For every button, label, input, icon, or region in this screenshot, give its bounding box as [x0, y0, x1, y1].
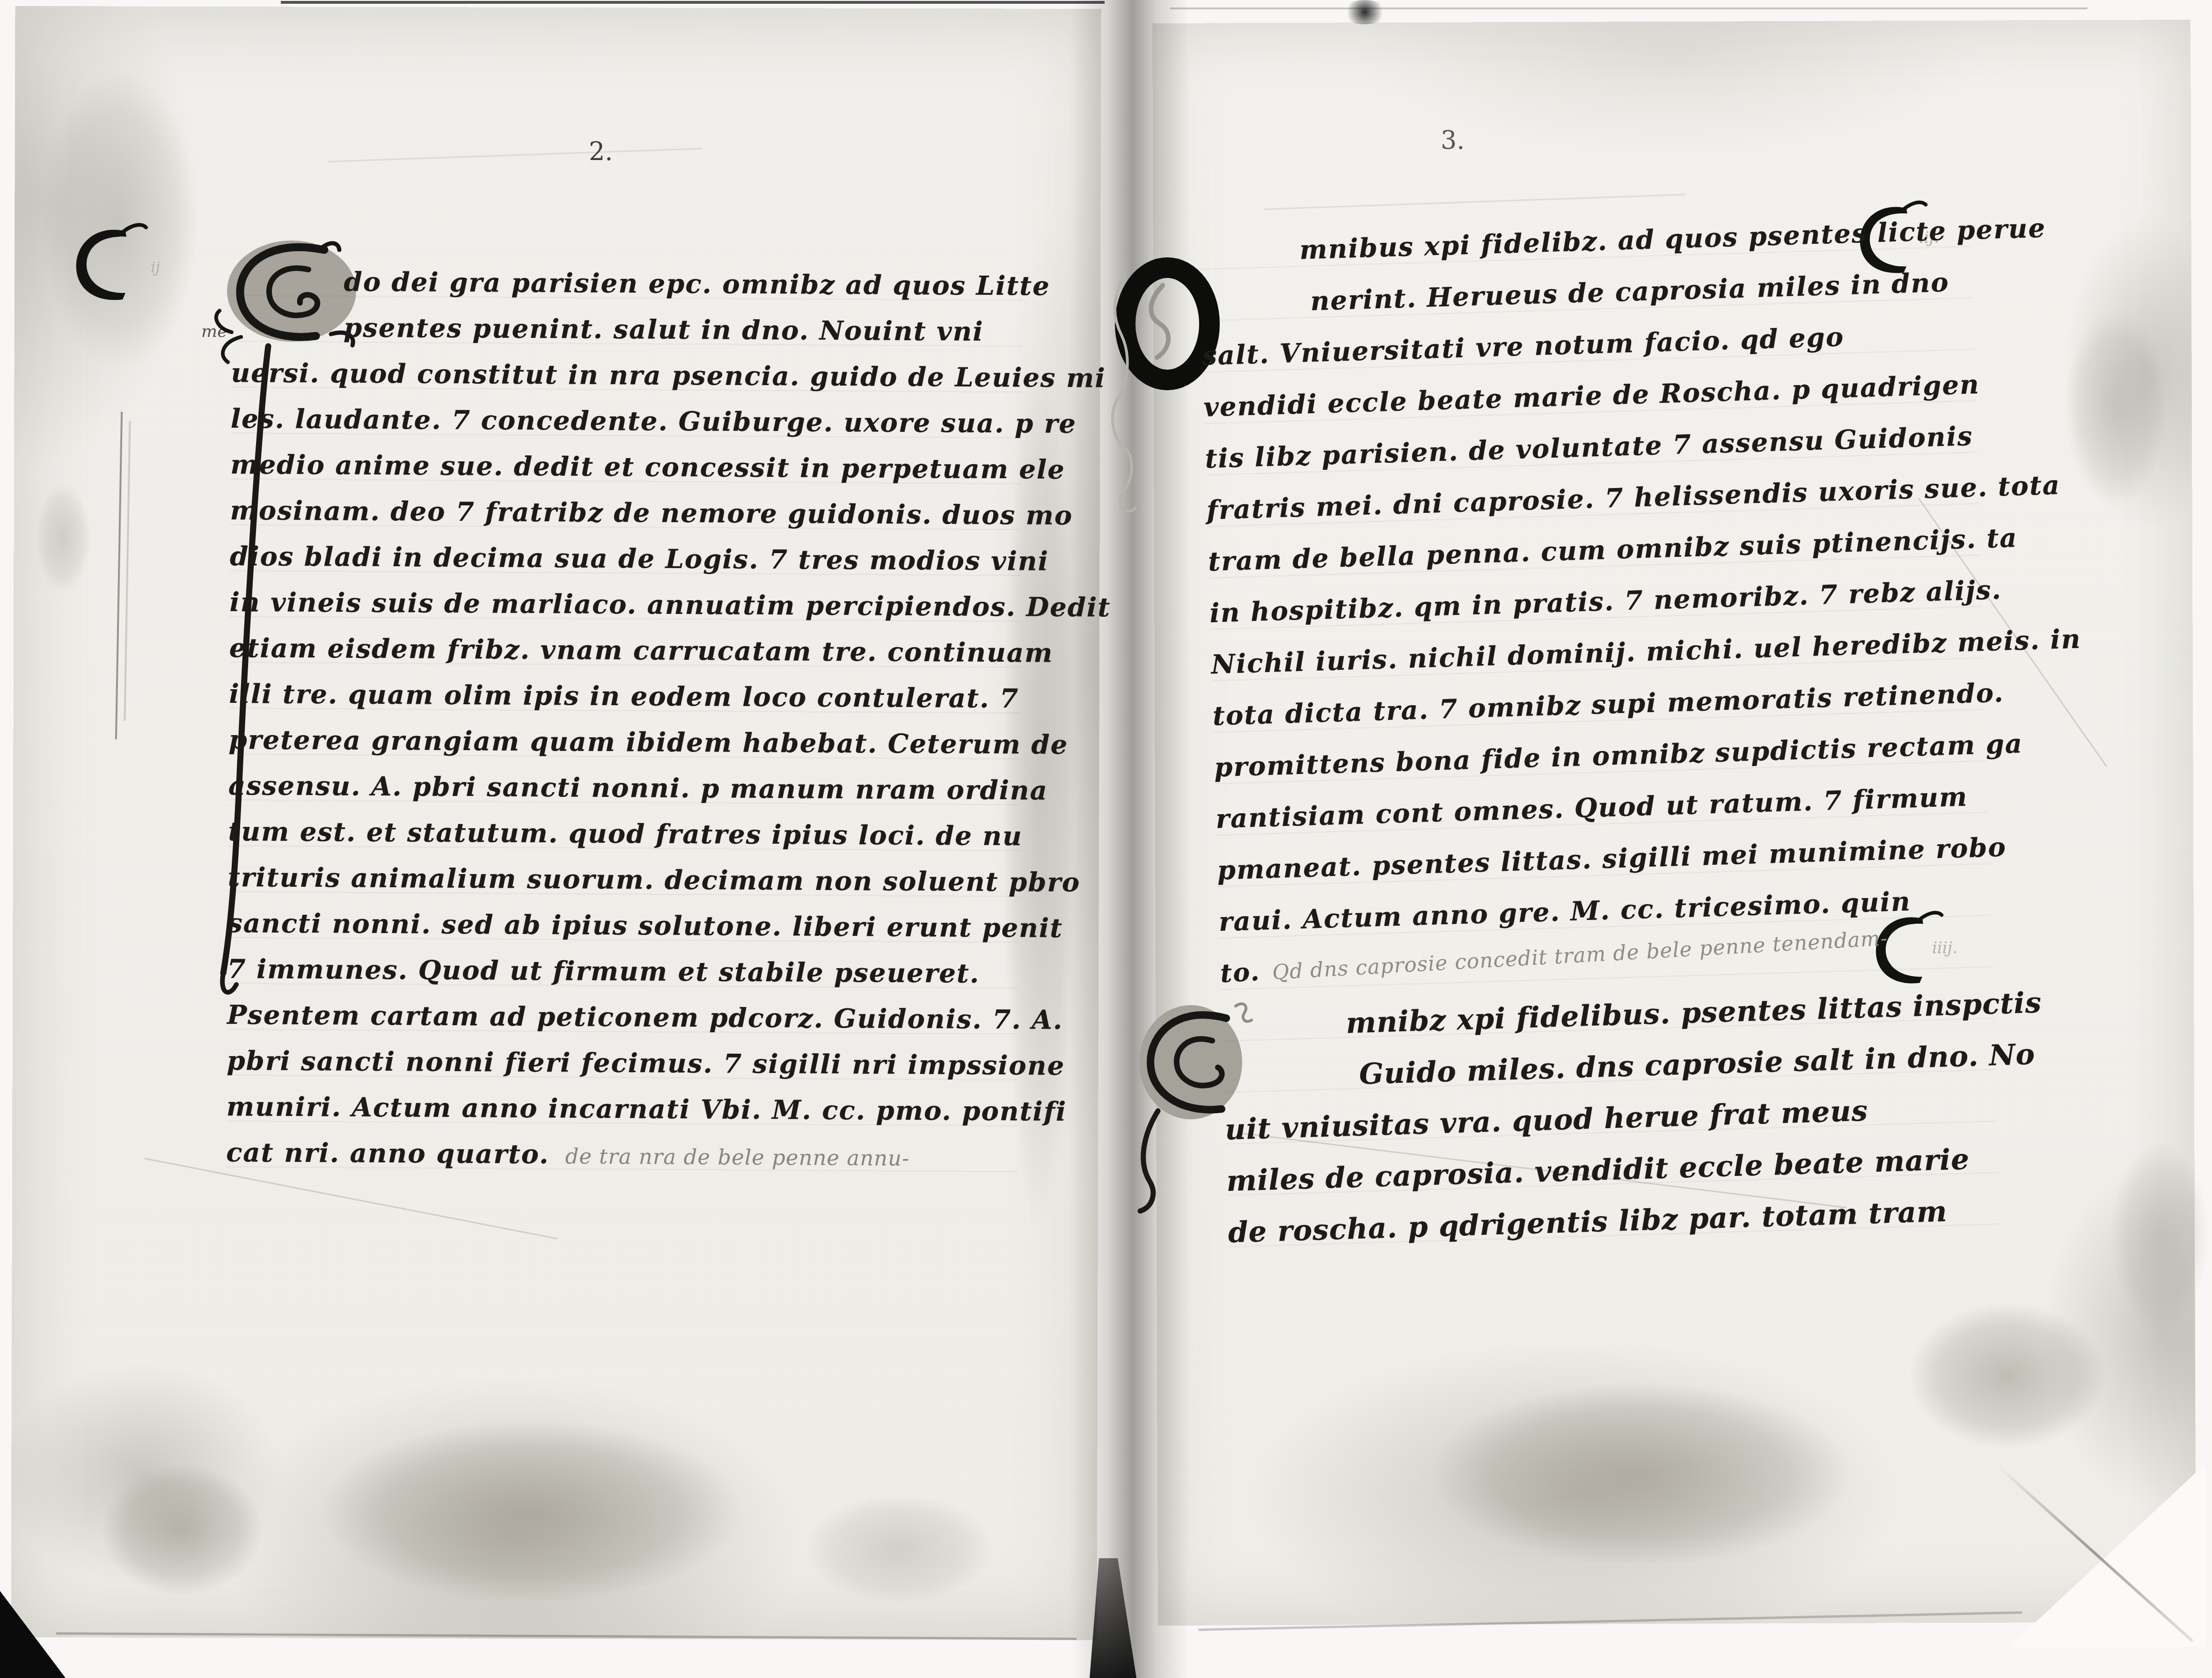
- left-charter-text: do dei gra parisien epc. omnibz ad quos …: [226, 258, 1023, 1182]
- stain: [80, 1446, 286, 1614]
- ink-blob: [1342, 0, 1387, 24]
- later-addition-note: de tra nra de bele penne annu-: [565, 1144, 909, 1170]
- manuscript-line: illi tre. quam olim ipis in eodem loco c…: [229, 671, 1020, 722]
- manuscript-line: dios bladi in decima sua de Logis. 7 tre…: [230, 533, 1021, 584]
- manuscript-line: in vineis suis de marliaco. annuatim per…: [229, 579, 1021, 630]
- manuscript-photo: 2. 3. ij iij. iiij. me: [0, 0, 2212, 1678]
- stain: [777, 1479, 1020, 1619]
- stain: [1371, 1357, 1910, 1591]
- manuscript-line: etiam eisdem fribz. vnam carrucatam tre.…: [229, 625, 1021, 676]
- manuscript-line: psentes puenint. salut in dno. Nouint vn…: [231, 304, 1023, 355]
- manuscript-line: preterea grangiam quam ibidem habebat. C…: [228, 717, 1020, 767]
- top-edge-line: [1170, 7, 2087, 9]
- manuscript-line: medio anime sue. dedit et concessit in p…: [230, 442, 1022, 492]
- book-gutter-shadow: [1072, 0, 1189, 1678]
- quire-mark-c-icon: [70, 219, 150, 308]
- manuscript-line: uersi. quod constitut in nra psencia. gu…: [231, 350, 1022, 401]
- manuscript-line: les. laudante. 7 concedente. Guiburge. u…: [231, 396, 1022, 446]
- manuscript-line: muniri. Actum anno incarnati Vbi. M. cc.…: [227, 1084, 1018, 1134]
- stain: [2050, 281, 2181, 533]
- manuscript-line: sancti nonni. sed ab ipius solutone. lib…: [227, 900, 1019, 951]
- manuscript-line: mosinam. deo 7 fratribz de nemore guidon…: [230, 488, 1021, 538]
- manuscript-line: assensu. A. pbri sancti nonni. p manum n…: [228, 763, 1020, 813]
- manuscript-line: do dei gra parisien epc. omnibz ad quos …: [231, 258, 1023, 309]
- folio-number-left: 2.: [589, 137, 613, 166]
- stain: [262, 1394, 800, 1628]
- manuscript-line-text: cat nri. anno quarto.: [226, 1137, 549, 1170]
- stain: [28, 468, 98, 608]
- manuscript-line: tum est. et statutum. quod fratres ipius…: [228, 809, 1019, 859]
- line-start-text: to.: [1219, 956, 1260, 989]
- right-charter-text: mnibus xpi fidelibz. ad quos psentes lic…: [1198, 204, 2001, 1259]
- quire-mark-note: ij: [151, 258, 160, 276]
- manuscript-line: 7 immunes. Quod ut firmum et stabile pse…: [227, 946, 1018, 997]
- manuscript-line: trituris animalium suorum. decimam non s…: [228, 854, 1019, 905]
- stain: [1882, 1282, 2134, 1469]
- manuscript-line: pbri sancti nonni fieri fecimus. 7 sigil…: [227, 1038, 1018, 1088]
- manuscript-line: cat nri. anno quarto.de tra nra de bele …: [226, 1130, 1018, 1182]
- manuscript-line: Psentem cartam ad peticonem pdcorz. Guid…: [227, 992, 1018, 1043]
- folio-number-right: 3.: [1441, 125, 1465, 155]
- top-edge-line: [281, 1, 1105, 4]
